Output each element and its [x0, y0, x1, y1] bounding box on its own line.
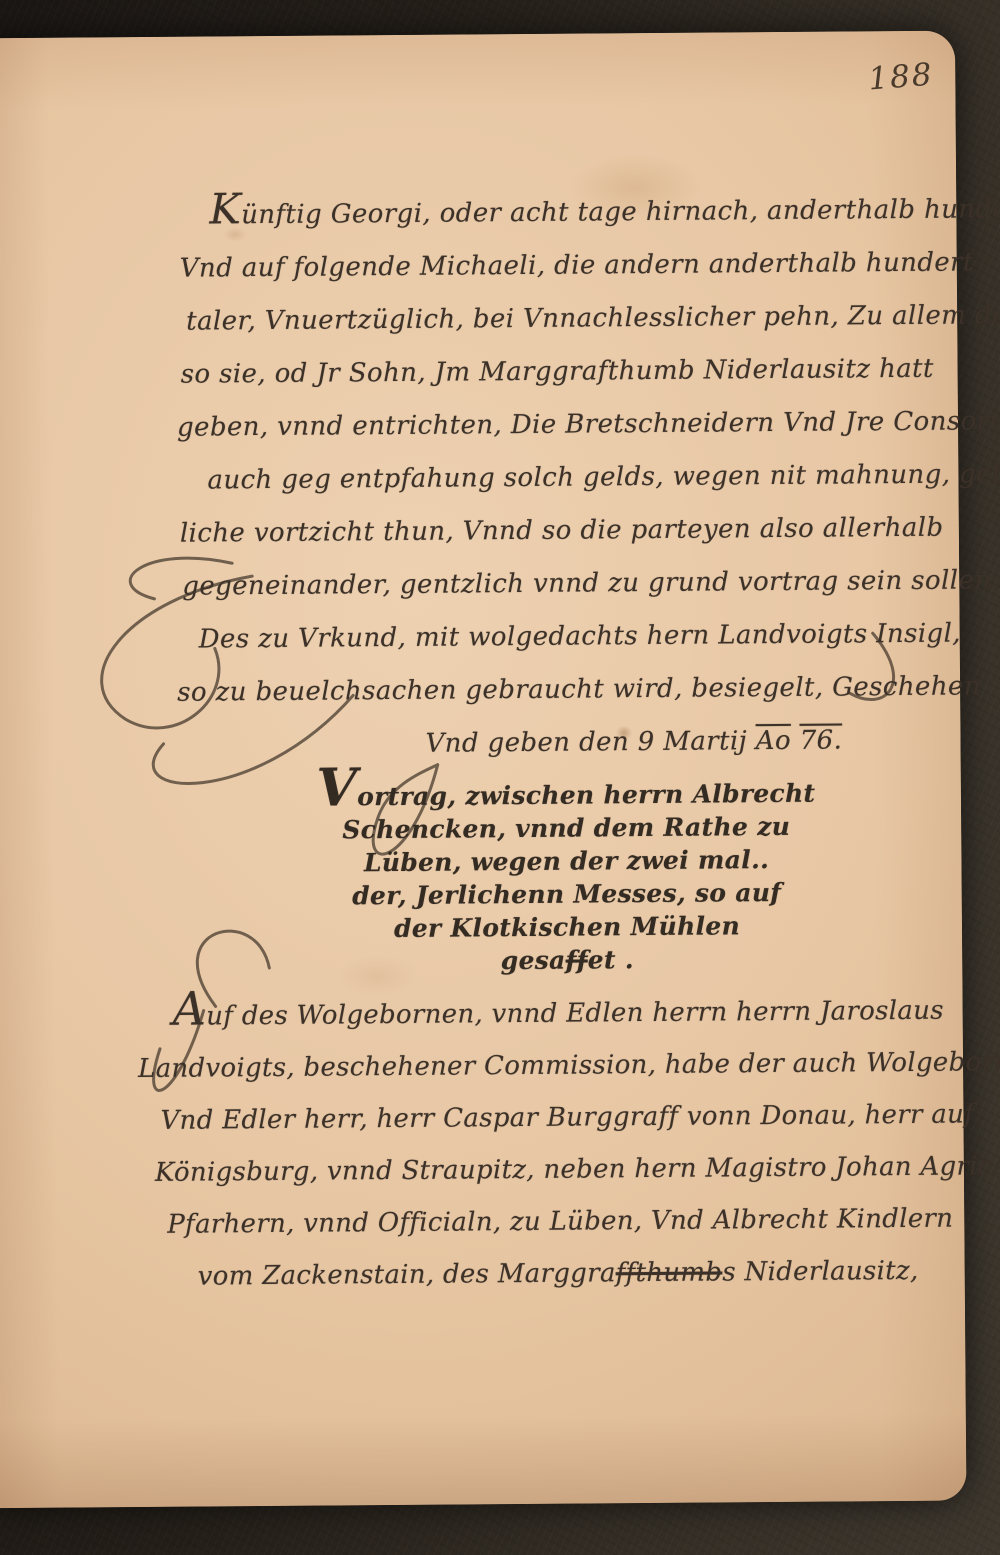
manuscript-line: Vnd Edler herr, herr Caspar Burggraff vo…	[160, 1089, 958, 1147]
struck-word-part: ffthumb	[616, 1257, 723, 1288]
manuscript-line: taler, Vnuertzüglich, bei Vnnachlesslich…	[186, 290, 950, 349]
manuscript-line: gegeneinander, gentzlich vnnd zu grund v…	[182, 555, 952, 614]
year-number: 76.	[800, 725, 843, 755]
manuscript-line: Künftig Georgi, oder acht tage hirnach, …	[209, 177, 949, 243]
manuscript-line: Königsburg, vnnd Straupitz, neben hern M…	[155, 1141, 959, 1199]
word-part: et .	[588, 945, 634, 974]
manuscript-line: Auf des Wolgebornen, vnnd Edlen herrn he…	[172, 977, 957, 1043]
anno-abbreviation: Ao	[756, 726, 791, 756]
main-paragraph: Künftig Georgi, oder acht tage hirnach, …	[179, 177, 954, 773]
manuscript-line: geben, vnnd entrichten, Die Bretschneide…	[177, 396, 951, 455]
section-heading: Vortrag, zwischen herrn Albrecht Schenck…	[306, 768, 828, 979]
date-text: Vnd geben den 9 Martij	[425, 726, 755, 759]
manuscript-line: Pfarhern, vnnd Officialn, zu Lüben, Vnd …	[167, 1193, 959, 1251]
heading-line: Schencken, vnnd dem Rathe zu	[306, 810, 826, 847]
manuscript-line: Landvoigts, beschehener Commission, habe…	[138, 1037, 958, 1095]
manuscript-line: auch geg entpfahung solch gelds, wegen n…	[207, 449, 951, 508]
heading-line-corrected: gesaffet .	[307, 942, 827, 979]
struck-word-part: ff	[565, 945, 587, 974]
word-part: gesa	[501, 946, 566, 976]
heading-line: der Klotkischen Mühlen	[307, 909, 827, 946]
page-number: 188	[867, 57, 935, 98]
second-paragraph: Auf des Wolgebornen, vnnd Edlen herrn he…	[147, 977, 959, 1303]
date-line: Vnd geben den 9 Martij Ao 76.	[425, 714, 953, 771]
manuscript-line: Des zu Vrkund, mit wolgedachts hern Land…	[199, 608, 953, 667]
manuscript-line: liche vortzicht thun, Vnnd so die partey…	[180, 502, 952, 561]
manuscript-page: 188 Künftig Georgi, oder acht tage hirna…	[0, 31, 967, 1509]
heading-line: Vortrag, zwischen herrn Albrecht	[306, 768, 826, 814]
manuscript-line-corrected: vom Zackenstain, des Marggraffthumbs Nid…	[198, 1245, 960, 1303]
book-photo-background: 188 Künftig Georgi, oder acht tage hirna…	[0, 0, 1000, 1555]
heading-line: der, Jerlichenn Messes, so auf	[307, 876, 827, 913]
manuscript-line: so sie, od Jr Sohn, Jm Marggrafthumb Nid…	[180, 343, 950, 402]
heading-line: Lüben, wegen der zwei mal..	[306, 843, 826, 880]
word-part: s Niderlausitz,	[722, 1256, 918, 1288]
manuscript-line: Vnd auf folgende Michaeli, die andern an…	[180, 237, 950, 296]
manuscript-line: so zu beuelchsachen gebraucht wird, besi…	[177, 661, 953, 720]
word-part: vom Zackenstain, des Marggra	[198, 1258, 616, 1291]
